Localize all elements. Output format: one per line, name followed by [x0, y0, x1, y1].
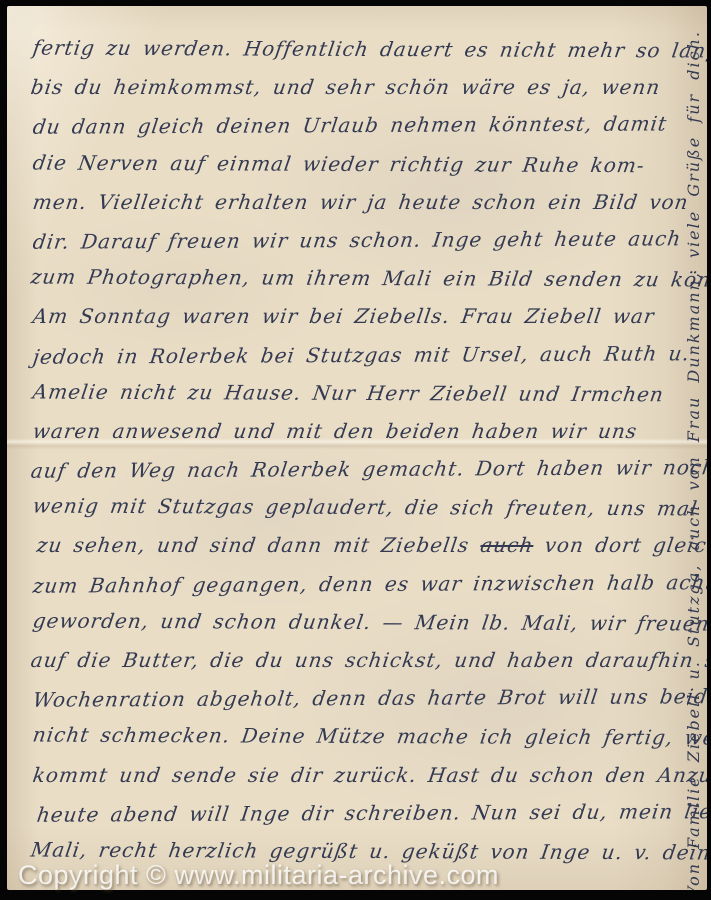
letter-body: fertig zu werden. Hoffentlich dauert es …: [33, 30, 693, 870]
letter-line: zum Bahnhof gegangen, denn es war inzwis…: [33, 563, 693, 605]
letter-line: waren anwesend und mit den beiden haben …: [33, 412, 693, 450]
letter-line: zu sehen, und sind dann mit Ziebells auc…: [37, 526, 693, 564]
letter-line: dir. Darauf freuen wir uns schon. Inge g…: [33, 219, 693, 261]
letter-line: Amelie nicht zu Hause. Nur Herr Ziebell …: [33, 372, 693, 413]
letter-line: du dann gleich deinen Urlaub nehmen könn…: [33, 105, 693, 147]
letter-line: Wochenration abgeholt, denn das harte Br…: [33, 677, 693, 719]
letter-paper: fertig zu werden. Hoffentlich dauert es …: [7, 6, 707, 890]
letter-line: auf den Weg nach Rolerbek gemacht. Dort …: [31, 448, 693, 490]
letter-line: heute abend will Inge dir schreiben. Nun…: [37, 792, 693, 834]
letter-line: Am Sonntag waren wir bei Ziebells. Frau …: [33, 297, 693, 335]
letter-line: fertig zu werden. Hoffentlich dauert es …: [33, 29, 693, 70]
letter-line: kommt und sende sie dir zurück. Hast du …: [33, 756, 693, 794]
letter-line: jedoch in Rolerbek bei Stutzgas mit Urse…: [33, 334, 693, 376]
margin-note: Von Familie Ziebell u. Stutzga, auch von…: [683, 66, 705, 890]
letter-line: auf die Butter, die du uns schickst, und…: [31, 641, 693, 679]
letter-line: men. Vielleicht erhalten wir ja heute sc…: [33, 183, 693, 221]
watermark-text: Copyright © www.militaria-archive.com: [18, 860, 499, 890]
letter-line: zum Photographen, um ihrem Mali ein Bild…: [31, 258, 693, 299]
letter-line: wenig mit Stutzgas geplaudert, die sich …: [33, 487, 693, 528]
scan-background: fertig zu werden. Hoffentlich dauert es …: [0, 0, 711, 900]
letter-line: nicht schmecken. Deine Mütze mache ich g…: [33, 716, 693, 757]
letter-line: geworden, und schon dunkel. — Mein lb. M…: [33, 601, 693, 642]
letter-line: bis du heimkommst, und sehr schön wäre e…: [31, 68, 693, 106]
letter-line: die Nerven auf einmal wieder richtig zur…: [33, 143, 693, 184]
